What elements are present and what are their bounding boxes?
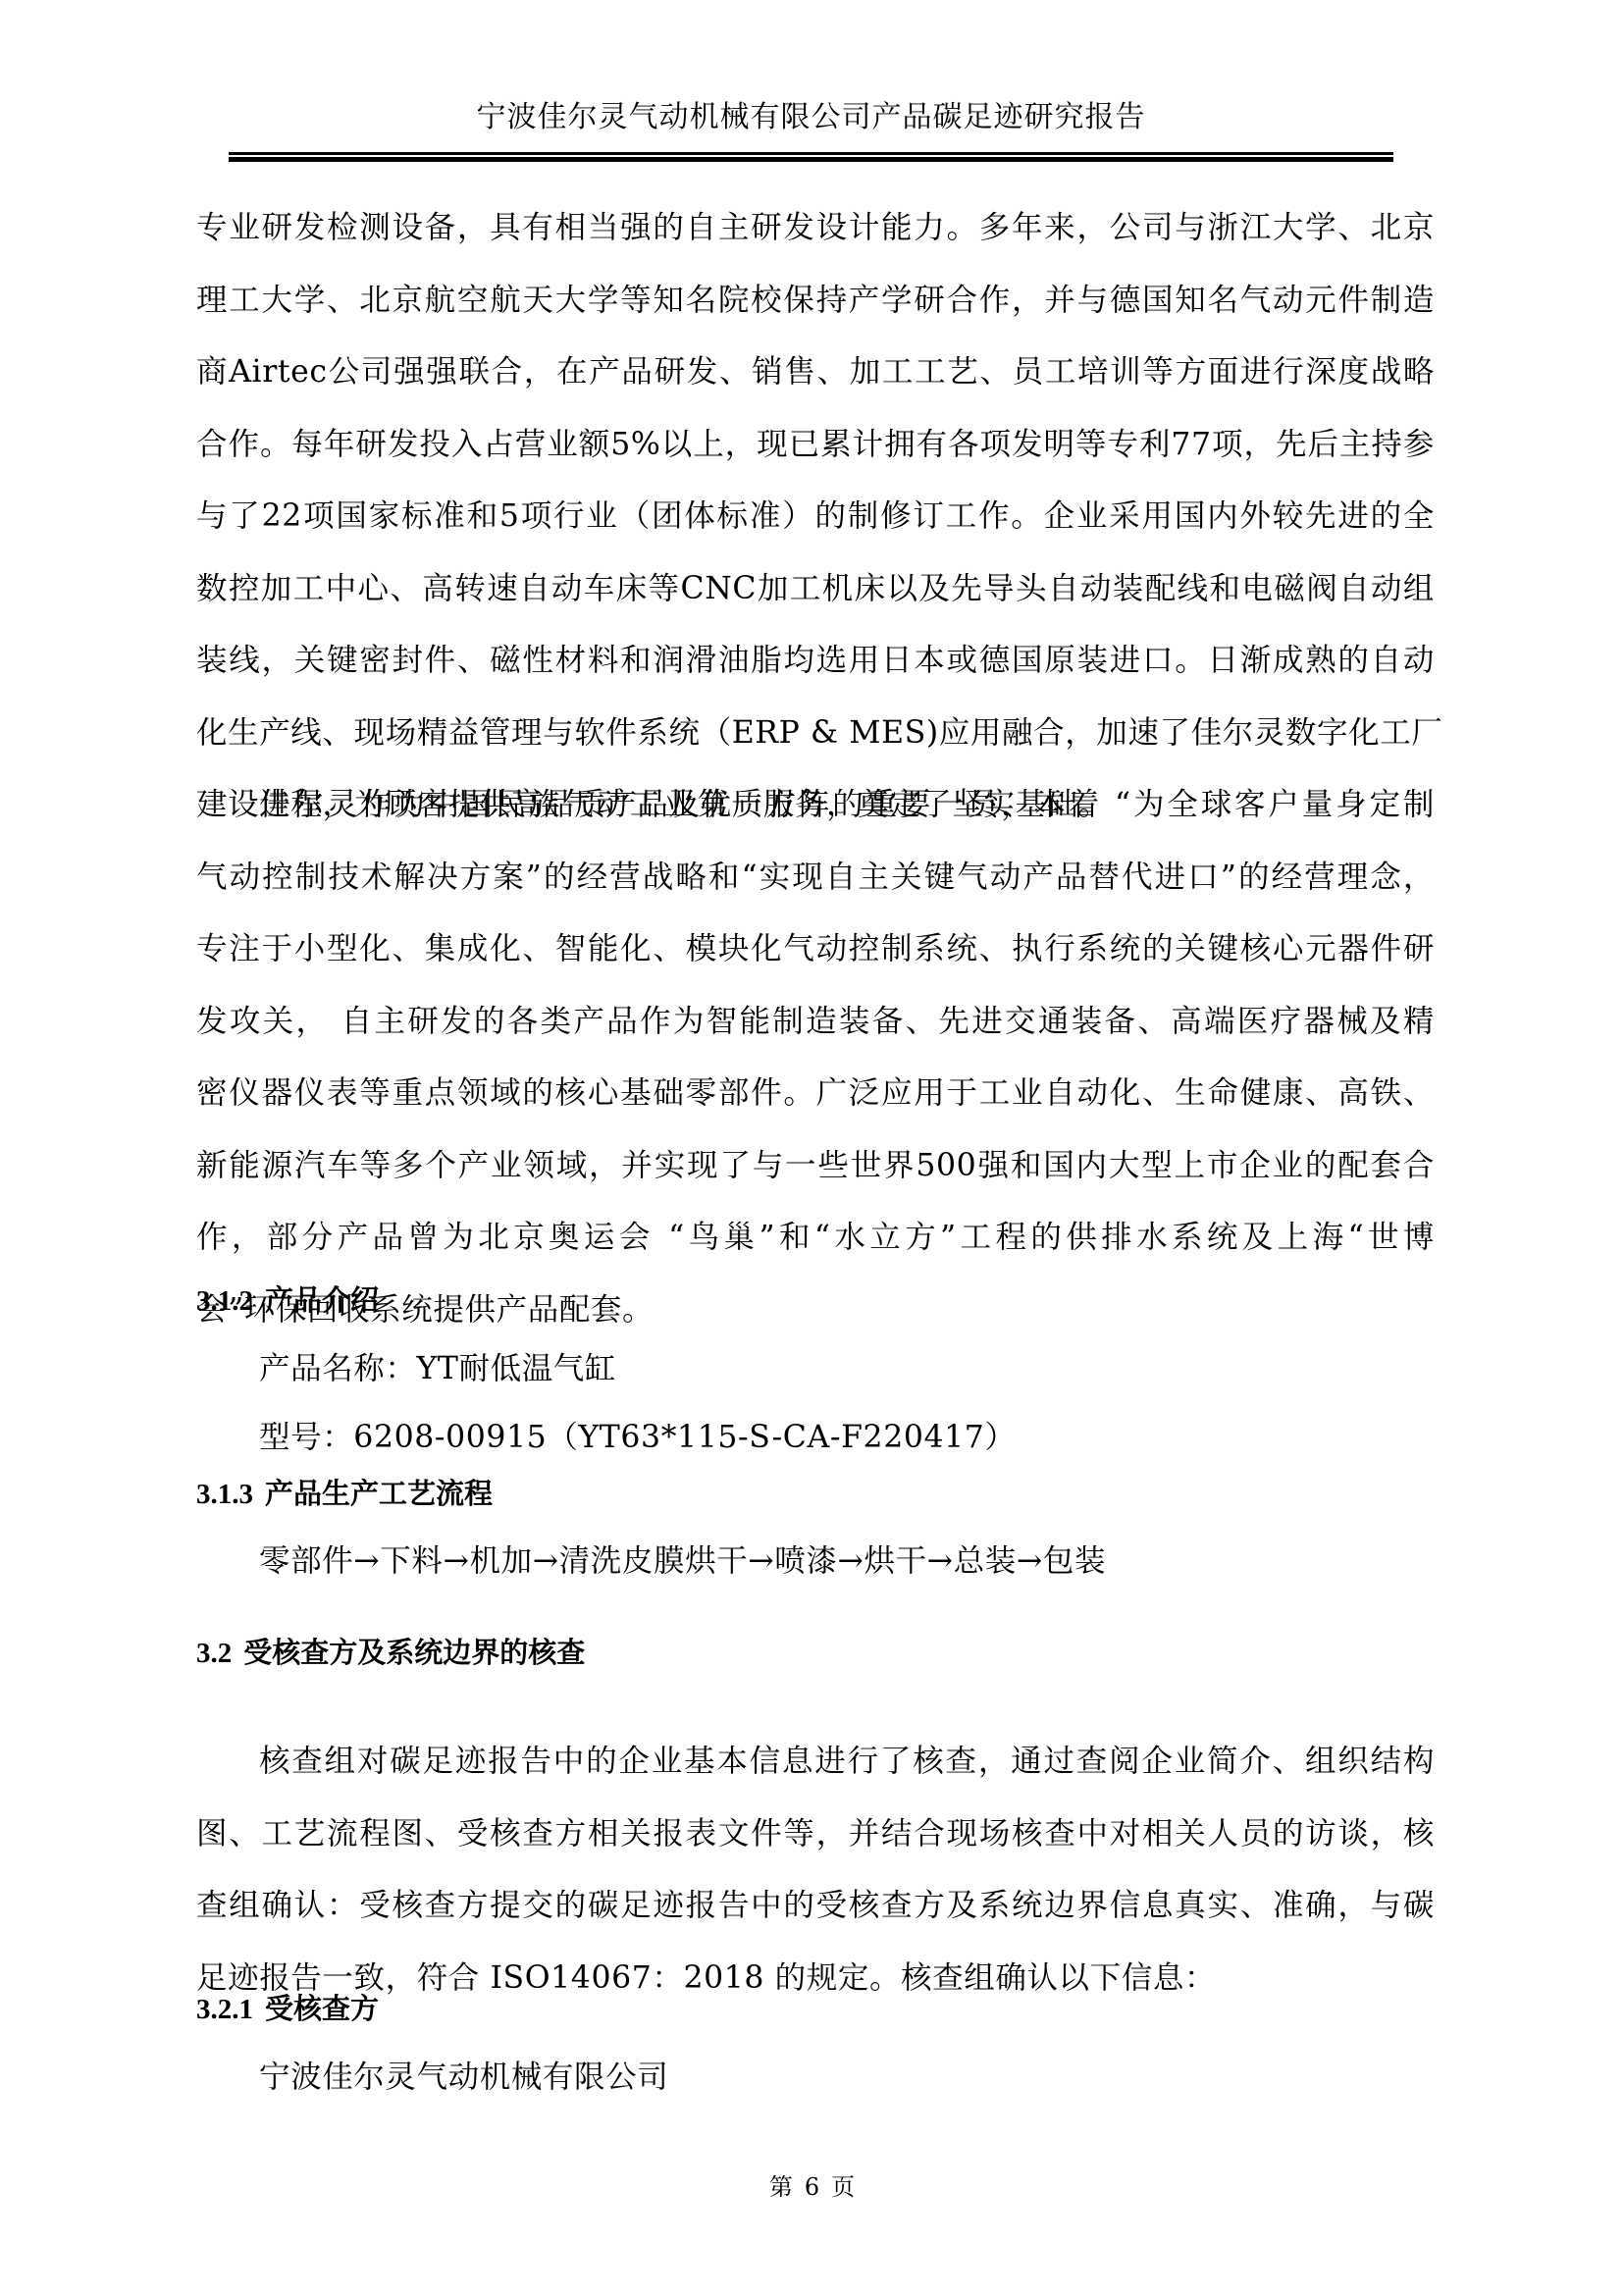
text-line: 发攻关， 自主研发的各类产品作为智能制造装备、先进交通装备、高端医疗器械及精 (196, 986, 1435, 1059)
text-line: 化生产线、现场精益管理与软件系统（ERP & MES)应用融合，加速了佳尔灵数字… (196, 698, 1435, 770)
product-model-line: 型号：6208-00915（YT63*115-S-CA-F220417） (259, 1418, 1017, 1457)
section-number: 3.2.1 (196, 1994, 253, 2025)
text-line: 装线，关键密封件、磁性材料和润滑油脂均选用日本或德国原装进口。日渐成熟的自动 (196, 625, 1435, 698)
text-line: 会”环保回收系统提供产品配套。 (196, 1275, 1435, 1347)
text-line: 专注于小型化、集成化、智能化、模块化气动控制系统、执行系统的关键核心元器件研 (196, 913, 1435, 986)
product-name-line: 产品名称：YT耐低温气缸 (259, 1349, 616, 1388)
section-title: 产品生产工艺流程 (265, 1477, 493, 1510)
text-line: 佳尔灵作为中国民族气动工业第一方阵的重要一员，本着 “为全球客户量身定制 (196, 769, 1435, 842)
text-line: 商Airtec公司强强联合，在产品研发、销售、加工工艺、员工培训等方面进行深度战… (196, 337, 1435, 409)
header-rule-thick (229, 157, 1393, 162)
section-number: 3.1.3 (196, 1479, 253, 1510)
paragraph-verification: 核查组对碳足迹报告中的企业基本信息进行了核查，通过查阅企业简介、组织结构 图、工… (196, 1726, 1435, 2014)
text-line: 作，部分产品曾为北京奥运会 “鸟巢”和“水立方”工程的供排水系统及上海“世博 (196, 1202, 1435, 1275)
text-line: 理工大学、北京航空航天大学等知名院校保持产学研合作，并与德国知名气动元件制造 (196, 265, 1435, 338)
text-line: 与了22项国家标准和5项行业（团体标准）的制修订工作。企业采用国内外较先进的全 (196, 481, 1435, 553)
page-number: 第6页 (0, 2172, 1624, 2202)
heading-3-1-2: 3.1.2产品介绍 (196, 1280, 379, 1321)
paragraph-company-strategy: 佳尔灵作为中国民族气动工业第一方阵的重要一员，本着 “为全球客户量身定制 气动控… (196, 769, 1435, 1346)
process-flow-line: 零部件→下料→机加→清洗皮膜烘干→喷漆→烘干→总装→包装 (259, 1541, 1106, 1581)
heading-3-1-3: 3.1.3产品生产工艺流程 (196, 1474, 493, 1514)
section-title: 受核查方及系统边界的核查 (243, 1636, 585, 1669)
text-line: 密仪器仪表等重点领域的核心基础零部件。广泛应用于工业自动化、生命健康、高铁、 (196, 1058, 1435, 1130)
text-line: 数控加工中心、高转速自动车床等CNC加工机床以及先导头自动装配线和电磁阀自动组 (196, 553, 1435, 626)
section-title: 受核查方 (265, 1992, 379, 2025)
text-line: 新能源汽车等多个产业领域，并实现了与一些世界500强和国内大型上市企业的配套合 (196, 1130, 1435, 1203)
paragraph-company-rd: 专业研发检测设备，具有相当强的自主研发设计能力。多年来，公司与浙江大学、北京 理… (196, 192, 1435, 842)
verified-company-name: 宁波佳尔灵气动机械有限公司 (259, 2058, 668, 2097)
text-line: 足迹报告一致，符合 ISO14067：2018 的规定。核查组确认以下信息： (196, 1943, 1435, 2015)
document-page: 宁波佳尔灵气动机械有限公司产品碳足迹研究报告 专业研发检测设备，具有相当强的自主… (0, 0, 1624, 2295)
heading-3-2: 3.2受核查方及系统边界的核查 (196, 1633, 585, 1673)
section-number: 3.1.2 (196, 1285, 253, 1317)
page-prefix: 第 (769, 2173, 793, 2201)
text-line: 专业研发检测设备，具有相当强的自主研发设计能力。多年来，公司与浙江大学、北京 (196, 192, 1435, 265)
text-line: 图、工艺流程图、受核查方相关报表文件等，并结合现场核查中对相关人员的访谈，核 (196, 1799, 1435, 1871)
running-header: 宁波佳尔灵气动机械有限公司产品碳足迹研究报告 (229, 98, 1393, 137)
header-rule-thin (229, 152, 1393, 155)
text-line: 核查组对碳足迹报告中的企业基本信息进行了核查，通过查阅企业简介、组织结构 (196, 1726, 1435, 1799)
section-title: 产品介绍 (265, 1283, 379, 1317)
page-number-value: 6 (805, 2173, 819, 2201)
heading-3-2-1: 3.2.1受核查方 (196, 1989, 379, 2029)
text-line: 合作。每年研发投入占营业额5%以上，现已累计拥有各项发明等专利77项，先后主持参 (196, 409, 1435, 482)
page-suffix: 页 (831, 2173, 855, 2201)
text-line: 查组确认：受核查方提交的碳足迹报告中的受核查方及系统边界信息真实、准确，与碳 (196, 1870, 1435, 1943)
text-line: 气动控制技术解决方案”的经营战略和“实现自主关键气动产品替代进口”的经营理念， (196, 842, 1435, 914)
section-number: 3.2 (196, 1638, 232, 1669)
